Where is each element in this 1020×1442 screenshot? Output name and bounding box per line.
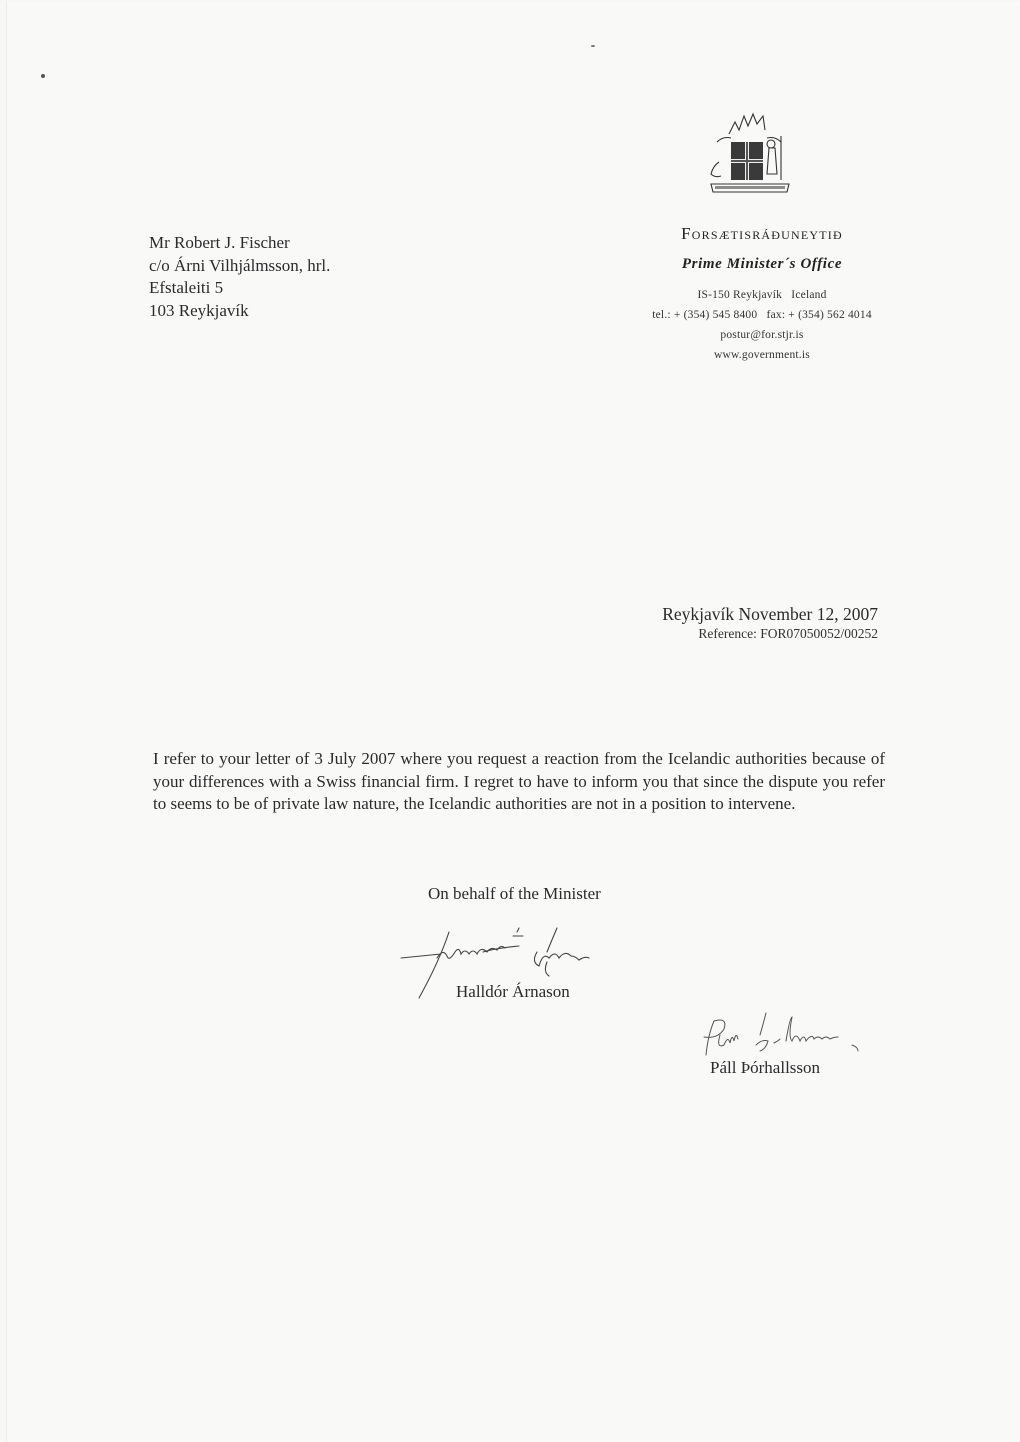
- signatory-1-name: Halldór Árnason: [456, 982, 570, 1002]
- letter-page: Forsætisráðuneytið Prime Minister´s Offi…: [6, 2, 1020, 1442]
- reference-number: Reference: FOR07050052/00252: [662, 626, 878, 642]
- dateline: Reykjavík November 12, 2007 Reference: F…: [662, 604, 878, 642]
- letterhead: Forsætisráðuneytið Prime Minister´s Offi…: [617, 224, 907, 361]
- recipient-address: Mr Robert J. Fischer c/o Árni Vilhjálmss…: [149, 232, 330, 322]
- letter-body: I refer to your letter of 3 July 2007 wh…: [153, 748, 885, 816]
- ministry-website: www.government.is: [617, 349, 907, 361]
- ministry-name: Forsætisráðuneytið: [617, 224, 907, 244]
- on-behalf-line: On behalf of the Minister: [428, 884, 601, 904]
- ministry-email: postur@for.stjr.is: [617, 329, 907, 341]
- ministry-phone-fax: tel.: + (354) 545 8400 fax: + (354) 562 …: [617, 309, 907, 321]
- recipient-care-of: c/o Árni Vilhjálmsson, hrl.: [149, 255, 330, 278]
- icelandic-coat-of-arms-icon: [707, 112, 793, 194]
- recipient-city: 103 Reykjavík: [149, 300, 330, 323]
- ministry-address: IS-150 Reykjavík Iceland: [617, 289, 907, 301]
- recipient-street: Efstaleiti 5: [149, 277, 330, 300]
- scan-speck: [41, 74, 45, 78]
- letter-date: Reykjavík November 12, 2007: [662, 604, 878, 625]
- office-name: Prime Minister´s Office: [617, 256, 907, 273]
- signatory-2-name: Páll Þórhallsson: [710, 1058, 820, 1078]
- recipient-name: Mr Robert J. Fischer: [149, 232, 330, 255]
- scan-speck: [591, 45, 595, 47]
